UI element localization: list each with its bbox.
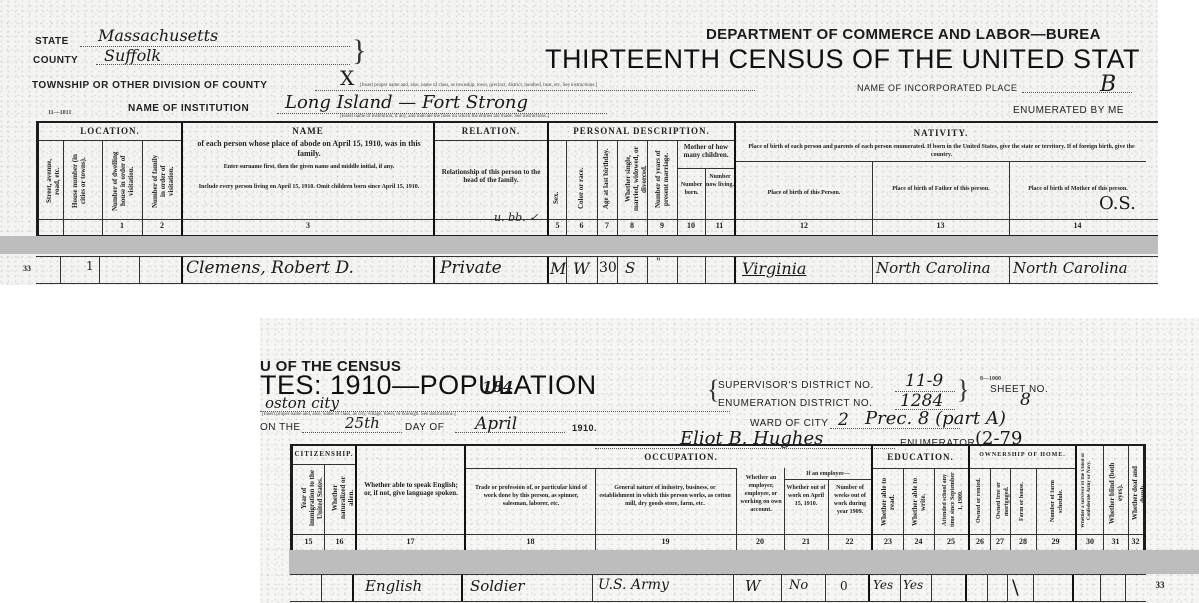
ownership-header: OWNERSHIP OF HOME.	[970, 452, 1075, 458]
divider	[547, 257, 549, 283]
col-num-29: 29	[1036, 537, 1075, 546]
department-heading: DEPARTMENT OF COMMERCE AND LABOR—BUREA	[706, 26, 1101, 43]
col-owned-rented: Owned or rented.	[975, 472, 983, 530]
cell-industry: U.S. Army	[598, 577, 669, 593]
day-of-label: DAY OF	[405, 422, 444, 433]
institution-label: NAME OF INSTITUTION	[128, 103, 249, 114]
divider	[987, 575, 988, 601]
table-row: 1 Clemens, Robert D. Private M W 30 S " …	[36, 256, 1158, 284]
col-num-2: 2	[142, 221, 182, 230]
col-out-of-work: Whether out of work on April 15, 1910.	[785, 484, 827, 508]
col-veteran: Whether a survivor of the Union or Confe…	[1081, 450, 1093, 530]
line-number-right: 33	[1150, 580, 1170, 590]
divider	[39, 140, 181, 141]
divider	[825, 575, 826, 601]
col-deaf: Whether deaf and dumb.	[1131, 456, 1147, 530]
state-label: STATE	[35, 36, 69, 47]
col-birthplace-mother: Place of birth of Mother of this person.	[1012, 185, 1144, 193]
location-col-house: House number (in cities or towns).	[71, 151, 87, 211]
col-employer: Whether an employer, employee, or workin…	[738, 474, 784, 514]
col-num-32: 32	[1128, 537, 1143, 546]
col-children-living: Number now living.	[706, 173, 734, 189]
institution-value: Long Island — Fort Strong	[285, 92, 528, 113]
col-num-22: 22	[828, 537, 871, 546]
cell-father-birthplace: North Carolina	[876, 259, 991, 277]
col-num-28: 28	[1010, 537, 1036, 546]
name-description: of each person whose place of abode on A…	[191, 139, 427, 159]
divider	[60, 257, 61, 283]
sheet-code: 8—1000	[980, 376, 1001, 382]
cell-sex: M	[550, 259, 566, 278]
col-years-married: Number of years of present marriage.	[654, 145, 670, 213]
col-trade: Trade or profession of, or particular ki…	[471, 484, 591, 508]
col-num-16: 16	[324, 537, 355, 546]
col-sex: Sex.	[552, 183, 560, 213]
col-num-30: 30	[1077, 537, 1103, 546]
enumeration-district-label: ENUMERATION DISTRICT NO.	[718, 398, 872, 409]
col-num-12: 12	[736, 221, 872, 230]
cell-farm-house: \	[1012, 575, 1019, 599]
col-immigration-year: Year of immigration to the United States…	[300, 468, 324, 528]
divider	[1072, 575, 1074, 601]
divider	[868, 575, 870, 601]
divider	[352, 575, 354, 601]
township-value: X	[340, 66, 354, 90]
divider	[872, 257, 873, 283]
incorporated-place-label: NAME OF INCORPORATED PLACE	[857, 83, 1017, 93]
divider	[597, 257, 598, 283]
col-num-1: 1	[102, 221, 142, 230]
col-birthplace-person: Place of birth of this Person.	[738, 189, 870, 197]
cell-marital: S	[625, 259, 635, 277]
name-instruction-include: Include every person living on April 15,…	[191, 183, 427, 191]
col-num-11: 11	[705, 221, 734, 230]
enumerated-by-label: ENUMERATED BY ME	[1013, 105, 1124, 116]
col-num-19: 19	[595, 537, 736, 546]
divider	[549, 140, 734, 141]
col-num-10: 10	[677, 221, 705, 230]
col-num-13: 13	[872, 221, 1009, 230]
col-num-14: 14	[1009, 221, 1146, 230]
divider	[181, 257, 183, 283]
cell-trade: Soldier	[470, 577, 525, 595]
divider	[1033, 575, 1034, 601]
divider	[734, 123, 736, 235]
ward-value: 2	[838, 410, 849, 430]
col-num-24: 24	[903, 537, 934, 546]
cell-name: Clemens, Robert D.	[186, 258, 354, 278]
col-num-27: 27	[990, 537, 1010, 546]
location-col-dwelling: Number of dwelling house in order of vis…	[111, 151, 135, 211]
col-naturalized: Whether naturalized or alien.	[331, 468, 355, 528]
col-num-23: 23	[873, 537, 903, 546]
col-num-26: 26	[970, 537, 990, 546]
cell-years-married: "	[656, 257, 661, 268]
col-language: Whether able to speak English; or, if no…	[361, 481, 461, 497]
cell-mother-birthplace: North Carolina	[1013, 259, 1128, 277]
cell-race: W	[573, 259, 589, 278]
cell-write: Yes	[903, 578, 923, 592]
brace-icon: }	[352, 34, 366, 68]
education-header: EDUCATION.	[873, 452, 968, 462]
mother-children-header: Mother of how many children.	[678, 143, 734, 159]
col-num-5: 5	[549, 221, 566, 230]
divider	[466, 468, 736, 469]
divider	[433, 257, 435, 283]
col-children-born: Number born.	[678, 181, 705, 197]
divider	[781, 575, 782, 601]
col-num-21: 21	[784, 537, 828, 546]
col-owned-free: Owned free or mortgaged.	[995, 472, 1011, 530]
census-title: THIRTEENTH CENSUS OF THE UNITED STAT	[545, 44, 1140, 75]
name-header: NAME	[183, 126, 433, 136]
divider	[931, 575, 932, 601]
col-num-8: 8	[617, 221, 647, 230]
col-farm-schedule: Number of farm schedule.	[1049, 472, 1065, 530]
divider	[965, 575, 967, 601]
supervisor-district-label: SUPERVISOR'S DISTRICT NO.	[718, 380, 874, 391]
cell-dwelling: 1	[86, 259, 94, 273]
cell-out-of-work: No	[789, 578, 808, 593]
col-num-9: 9	[647, 221, 677, 230]
divider	[873, 468, 968, 469]
county-value: Suffolk	[104, 46, 161, 65]
table-row: English Soldier U.S. Army W No 0 Yes Yes…	[290, 574, 1146, 602]
incorporated-place-continued: oston city	[265, 394, 339, 412]
cell-age: 30	[599, 260, 617, 276]
col-num-17: 17	[357, 537, 464, 546]
col-industry: General nature of industry, business, or…	[599, 484, 731, 508]
divider	[617, 257, 618, 283]
township-field-line	[315, 90, 755, 91]
col-farm-house: Farm or house.	[1018, 472, 1026, 530]
col-weeks-out: Number of weeks out of work during year …	[829, 484, 871, 516]
col-num-7: 7	[597, 221, 617, 230]
col-num-20: 20	[736, 537, 784, 546]
divider	[736, 161, 1146, 162]
divider	[435, 140, 547, 141]
county-field-line	[96, 64, 350, 65]
day-field-line	[302, 432, 402, 433]
township-instruction: [Insert proper name and, also, name of c…	[360, 83, 597, 88]
supervisor-district-value: 11-9	[905, 371, 943, 391]
col-blind: Whether blind (both eyes).	[1108, 456, 1124, 530]
divider	[592, 575, 593, 601]
col-num-31: 31	[1103, 537, 1128, 546]
divider	[970, 468, 1075, 469]
col-marital: Whether single, married, widowed, or div…	[624, 145, 648, 213]
divider	[1100, 575, 1101, 601]
col-num-3: 3	[183, 221, 433, 230]
divider	[1125, 575, 1126, 601]
cell-relation: Private	[440, 258, 502, 278]
divider	[647, 257, 648, 283]
cell-read: Yes	[873, 578, 893, 592]
month-value: April	[475, 414, 517, 434]
enumerated-on-label: ON THE	[260, 422, 301, 433]
cell-weeks-out: 0	[840, 579, 848, 593]
mother-birthplace-note: O.S.	[1099, 193, 1136, 214]
relation-description: Relationship of this person to the head …	[439, 168, 543, 184]
col-num-18: 18	[466, 537, 595, 546]
citizenship-header: CITIZENSHIP.	[293, 450, 355, 458]
day-value: 25th	[345, 414, 380, 432]
column-header-table-right: CITIZENSHIP. Year of immigration to the …	[290, 444, 1146, 554]
relation-mark: u. bb. ✓	[494, 211, 538, 224]
cell-employer: W	[745, 577, 760, 595]
col-num-6: 6	[566, 221, 597, 230]
employee-subheader: If an employee—	[785, 470, 871, 478]
divider	[733, 575, 734, 601]
col-age: Age at last birthday.	[602, 145, 610, 213]
county-label: COUNTY	[33, 55, 78, 66]
cell-language: English	[365, 577, 422, 595]
state-value: Massachusetts	[98, 26, 218, 45]
col-color: Color or race.	[577, 163, 585, 213]
nativity-header: NATIVITY.	[736, 128, 1146, 138]
redaction-band	[289, 550, 1199, 574]
redaction-band	[0, 236, 1158, 254]
location-col-family: Number of family in order of visitation.	[151, 151, 175, 211]
year-label: 1910.	[572, 423, 597, 433]
institution-instruction: [Insert name of institution, if any, and…	[340, 114, 549, 119]
divider	[293, 534, 1143, 535]
divider	[39, 219, 1158, 220]
cell-birthplace: Virginia	[742, 259, 806, 278]
divider	[677, 168, 734, 169]
divider	[63, 140, 64, 235]
brace-icon: }	[957, 375, 969, 405]
township-label: TOWNSHIP OR OTHER DIVISION OF COUNTY	[32, 80, 267, 91]
col-read: Whether able to read.	[880, 474, 896, 530]
divider	[321, 575, 322, 601]
divider	[1007, 575, 1008, 601]
occupation-header: OCCUPATION.	[466, 452, 896, 462]
divider	[900, 575, 901, 601]
divider	[566, 257, 567, 283]
personal-description-header: PERSONAL DESCRIPTION.	[549, 126, 734, 136]
col-birthplace-father: Place of birth of Father of this person.	[875, 185, 1007, 193]
col-write: Whether able to write.	[911, 474, 927, 530]
location-col-street: Street, avenue, road, etc.	[45, 151, 61, 211]
incorporated-place-value: B	[1100, 72, 1116, 97]
precinct-value: Prec. 8 (part A)	[865, 408, 1006, 429]
line-number: 33	[18, 264, 36, 273]
location-header: LOCATION.	[39, 126, 181, 136]
divider	[1009, 257, 1010, 283]
relation-header: RELATION.	[435, 126, 547, 136]
divider	[139, 257, 140, 283]
divider	[677, 257, 678, 283]
name-instruction-surname: Enter surname first, then the given name…	[191, 163, 427, 171]
col-school: Attended school any time since September…	[941, 470, 965, 530]
margin-number: 184	[482, 378, 513, 396]
divider	[705, 257, 706, 283]
sheet-value: 8	[1020, 390, 1031, 410]
form-code: 11—1011	[48, 110, 71, 116]
divider	[734, 257, 736, 283]
col-num-25: 25	[934, 537, 968, 546]
column-header-table-left: LOCATION. Street, avenue, road, etc. Hou…	[36, 121, 1158, 237]
col-num-15: 15	[293, 537, 324, 546]
divider	[461, 575, 463, 601]
nativity-description: Place of birth of each person and parent…	[739, 143, 1144, 159]
divider	[99, 257, 100, 283]
